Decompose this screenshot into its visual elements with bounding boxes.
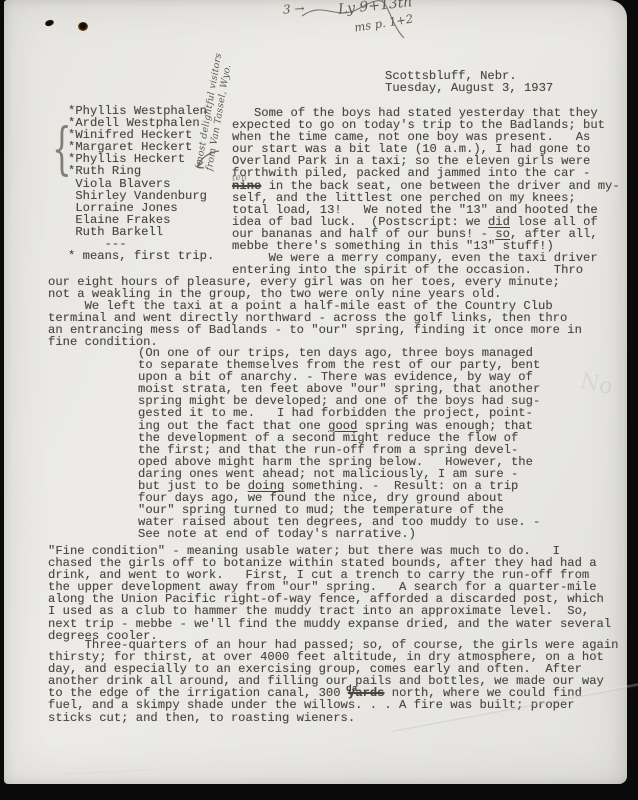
dateline-date: Tuesday, August 3, 1937 (385, 82, 553, 94)
narrative-full-width-2: "Fine condition" - meaning usable water;… (48, 545, 611, 642)
text-line: nine in the back seat, one between the d… (232, 180, 620, 192)
scanned-document-page: { "heading": { "location": "Scottsbluff,… (0, 0, 638, 800)
narrative-narrow-column: Some of the boys had stated yesterday th… (232, 107, 620, 276)
bleed-through-mark: No (578, 369, 615, 400)
text-line: self, and the littlest one perched on my… (232, 192, 620, 204)
text-line: forthwith piled, packed and jammed into … (232, 167, 620, 179)
narrative-indented-block: (On one of our trips, ten days ago, thre… (138, 347, 540, 541)
text-line: next trip - mebbe - we'll find the muddy… (48, 618, 611, 630)
text-line: Viola Blavers (68, 178, 214, 190)
text-line: ing out the fact that one good spring wa… (138, 420, 540, 432)
dateline: Scottsbluff, Nebr. Tuesday, August 3, 19… (385, 70, 553, 94)
overtype-correction-da: da (346, 683, 357, 694)
narrative-full-width-3: Three-quarters of an hour had passed; so… (48, 639, 618, 724)
text-line: * means, first trip. (68, 250, 214, 262)
narrative-full-width-1: our eight hours of pleasure, every girl … (48, 276, 582, 349)
paper-sheet: 3 → Ly 9+13th ms p. 1+2 Scottsbluff, Neb… (4, 0, 627, 784)
paper-crease (62, 767, 162, 774)
text-line: I used as a club to hammer the muddy tra… (48, 605, 611, 617)
burn-hole-spot (78, 22, 88, 31)
pencil-squiggle (298, 0, 410, 42)
text-line: sticks cut; and then, to roasting wiener… (48, 712, 618, 724)
text-line: the development of a second might reduce… (138, 432, 540, 444)
pencil-arrow (194, 148, 222, 172)
text-line: fuel, and a skimpy shade under the willo… (48, 699, 618, 711)
name-roster: *Phyllis Westphalen*Ardell Westphalen*Wi… (68, 105, 214, 262)
ink-spot (44, 19, 54, 27)
text-line: See note at end of today's narrative.) (138, 528, 540, 540)
pencil-brace: { (52, 122, 72, 178)
text-line: Shirley Vandenburg (68, 190, 214, 202)
